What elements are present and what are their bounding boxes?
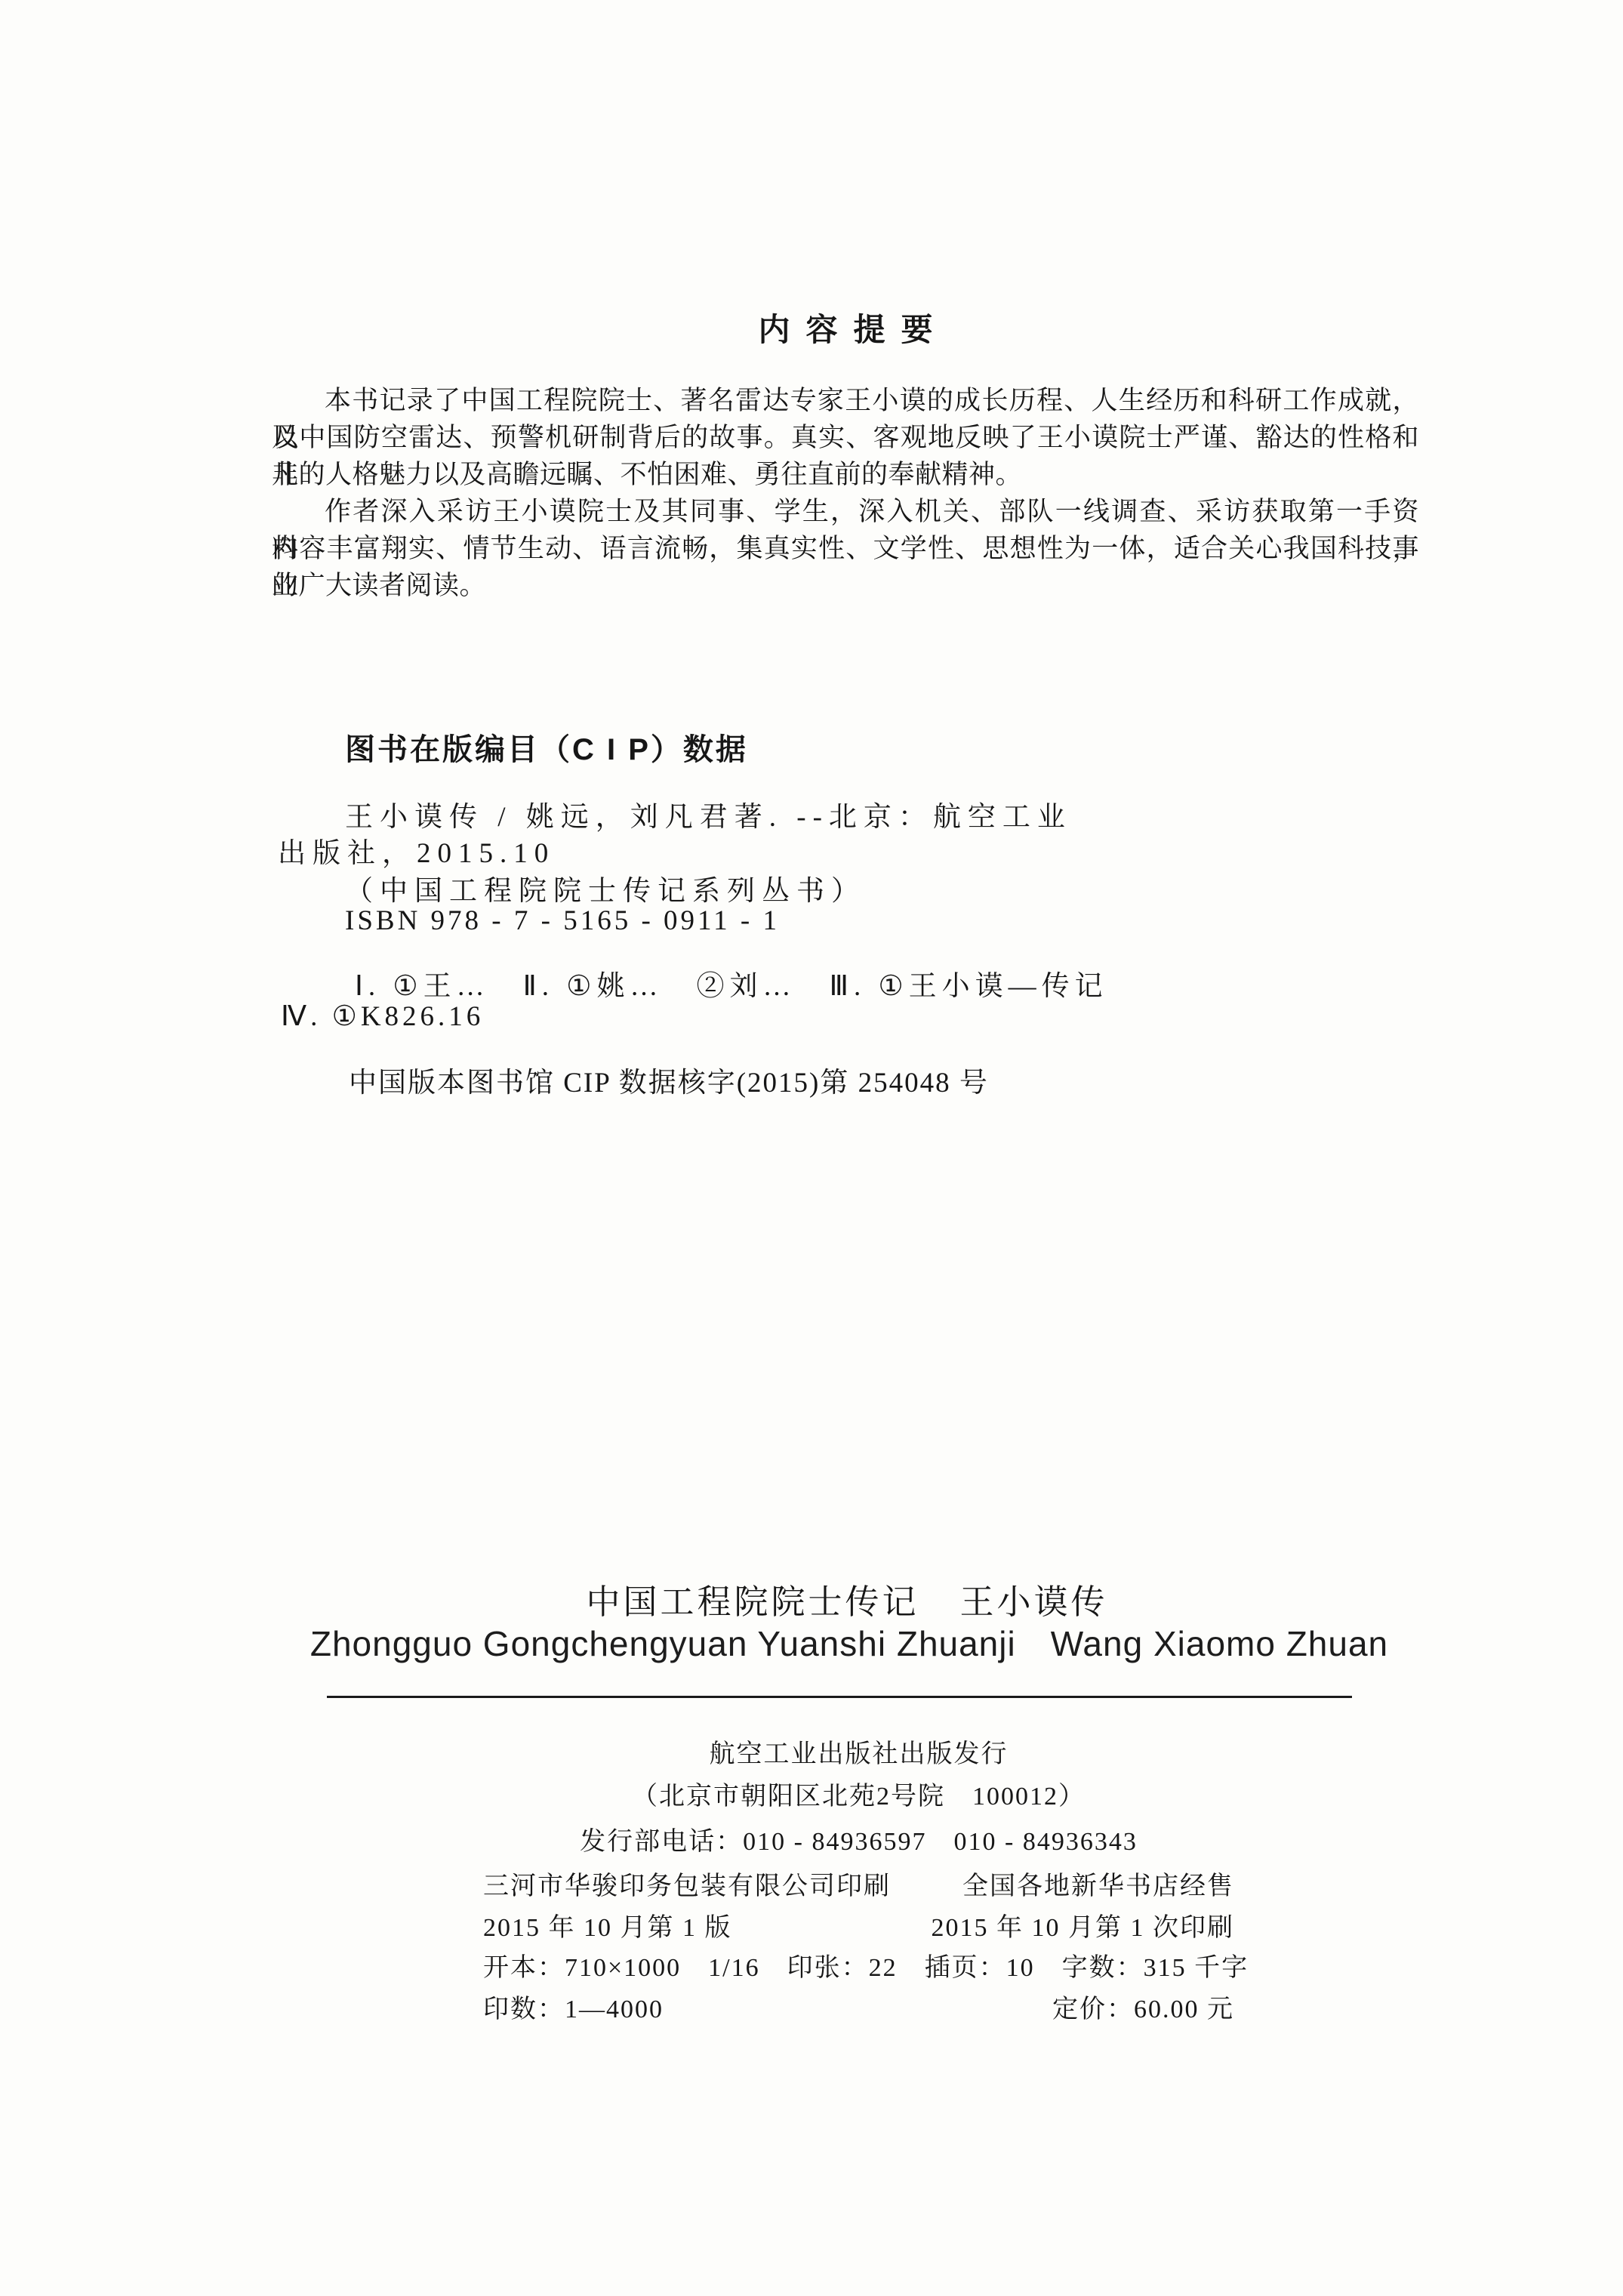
summary-line: 本书记录了中国工程院院士、著名雷达专家王小谟的成长历程、人生经历和科研工作成就，…: [272, 382, 1419, 419]
series-title-cn-series: 中国工程院院士传记: [586, 1574, 919, 1623]
cip-publisher-line: 出版社，2015.10: [278, 830, 555, 871]
edition-info: 2015 年 10 月第 1 版: [483, 1906, 732, 1943]
series-title-py-series: Zhongguo Gongchengyuan Yuanshi Zhuanji: [310, 1623, 1016, 1664]
series-title-py-book: Wang Xiaomo Zhuan: [1051, 1623, 1388, 1664]
book-copyright-page: 内容提要 本书记录了中国工程院院士、著名雷达专家王小谟的成长历程、人生经历和科研…: [0, 0, 1623, 2296]
publisher-line: 航空工业出版社出版发行: [483, 1733, 1234, 1770]
printrun-price-row: 印数：1—4000 定价：60.00 元: [483, 1988, 1234, 2025]
series-title-cn: 中国工程院院士传记 王小谟传: [272, 1574, 1422, 1623]
price: 定价：60.00 元: [1052, 1988, 1234, 2025]
summary-line: 内容丰富翔实、情节生动、语言流畅，集真实性、文学性、思想性为一体，适合关心我国科…: [272, 530, 1419, 567]
summary-heading: 内容提要: [272, 305, 1419, 350]
print-run: 印数：1—4000: [483, 1988, 664, 2025]
edition-row: 2015 年 10 月第 1 版 2015 年 10 月第 1 次印刷: [483, 1906, 1234, 1943]
cip-heading: 图书在版编目（C I P）数据: [345, 726, 748, 769]
cip-title-line: 王小谟传 / 姚远，刘凡君著. --北京：航空工业: [345, 794, 1072, 834]
summary-line: 凡的人格魅力以及高瞻远瞩、不怕困难、勇往直前的奉献精神。: [272, 456, 1419, 493]
printing-info: 2015 年 10 月第 1 次印刷: [932, 1906, 1235, 1943]
phone-line: 发行部电话：010 - 84936597 010 - 84936343: [483, 1820, 1234, 1857]
seller-name: 全国各地新华书店经售: [962, 1865, 1234, 1902]
cip-series-note: （中国工程院院士传记系列丛书）: [345, 868, 866, 908]
series-title-pinyin: Zhongguo Gongchengyuan Yuanshi Zhuanji W…: [272, 1623, 1427, 1664]
cip-record-number: 中国版本图书馆 CIP 数据核字(2015)第 254048 号: [349, 1059, 989, 1100]
summary-paragraphs: 本书记录了中国工程院院士、著名雷达专家王小谟的成长历程、人生经历和科研工作成就，…: [272, 382, 1419, 604]
series-title-cn-book: 王小谟传: [960, 1574, 1108, 1623]
summary-line: 的广大读者阅读。: [272, 567, 1419, 604]
address-line: （北京市朝阳区北苑2号院 100012）: [483, 1775, 1234, 1812]
printer-seller-row: 三河市华骏印务包装有限公司印刷 全国各地新华书店经售: [483, 1865, 1234, 1902]
summary-line: 及中国防空雷达、预警机研制背后的故事。真实、客观地反映了王小谟院士严谨、豁达的性…: [272, 419, 1419, 456]
divider-rule: [327, 1696, 1352, 1698]
format-line: 开本：710×1000 1/16 印张：22 插页：10 字数：315 千字: [483, 1946, 1234, 1983]
summary-line: 作者深入采访王小谟院士及其同事、学生，深入机关、部队一线调查、采访获取第一手资料…: [272, 493, 1419, 530]
cip-classification-2: Ⅳ. ①K826.16: [281, 1000, 484, 1033]
cip-isbn: ISBN 978 - 7 - 5165 - 0911 - 1: [345, 905, 780, 937]
cip-classification-1: Ⅰ. ①王… Ⅱ. ①姚… ②刘… Ⅲ. ①王小谟—传记: [355, 963, 1108, 1003]
printer-name: 三河市华骏印务包装有限公司印刷: [483, 1865, 891, 1902]
